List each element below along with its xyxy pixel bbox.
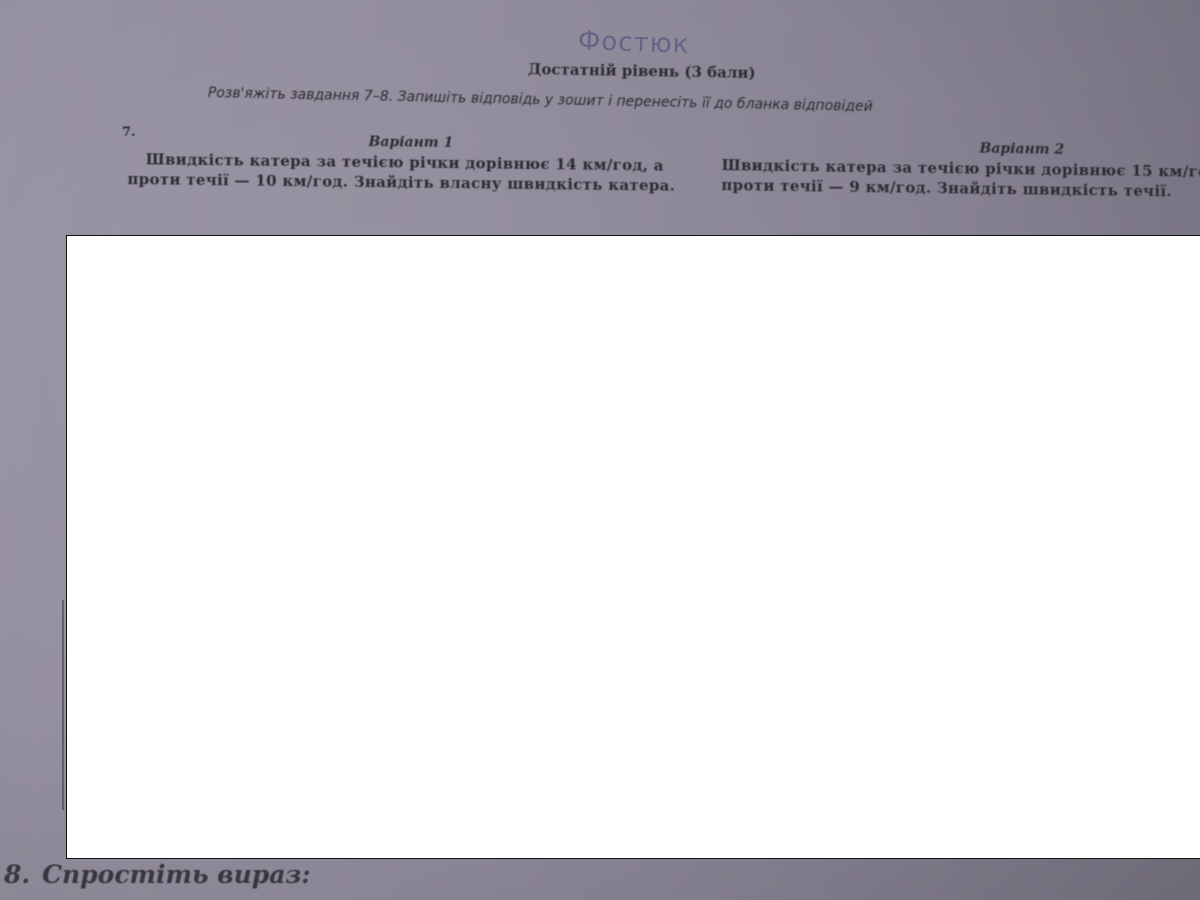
variant-2-text: Швидкість катера за течією річки дорівню… (721, 155, 1200, 203)
level-title: Достатній рівень (3 бали) (528, 60, 756, 82)
redacted-region (66, 235, 1200, 859)
task-7-variant-2: Варіант 2 Швидкість катера за течією річ… (721, 137, 1200, 203)
task-7-variant-1: Варіант 1 Швидкість катера за течією річ… (127, 131, 694, 196)
task-8-number: 8. (4, 860, 30, 889)
task-8-text: Спростіть вираз: (42, 860, 311, 889)
handwritten-name: Фостюк (578, 26, 690, 60)
page-fold-shadow (62, 600, 64, 810)
instruction-text: Розв'яжіть завдання 7–8. Запишіть відпов… (208, 85, 873, 115)
variant-1-text: Швидкість катера за течією річки дорівню… (127, 149, 693, 196)
task-8-heading: 8.Спростіть вираз: (4, 860, 311, 889)
